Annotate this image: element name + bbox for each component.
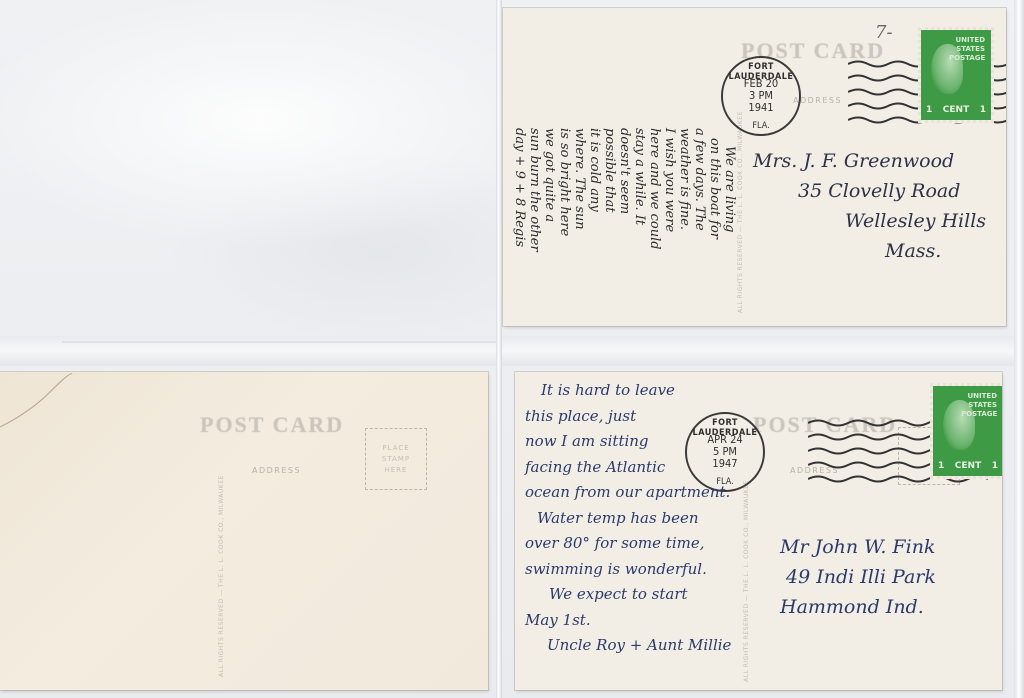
message-line: ocean from our apartment. [525,480,731,506]
message-line: We expect to start [525,582,731,608]
handwritten-message: It is hard to leave this place, just now… [525,378,731,659]
postmark-year: 1941 [723,102,799,114]
stamp-denomination: 1 CENT 1 [926,105,986,115]
message-line: sun burn the other [527,128,542,326]
message-line: day + 9 + 8 Regis [512,128,527,326]
message-line: facing the Atlantic [525,455,731,481]
message-line: it is cold any [587,128,602,326]
message-line: possible that [602,128,617,326]
postcard-1947: POST CARD ADDRESS ALL RIGHTS RESERVED — … [515,372,1002,690]
address-line: Hammond Ind. [780,592,936,622]
message-line: a few days. The [692,128,707,326]
publisher-credit: ALL RIGHTS RESERVED — THE L. L. COOK CO.… [737,103,744,313]
stamp-denomination: 1 CENT 1 [938,461,998,471]
recipient-address: Mrs. J. F. Greenwood 35 Clovelly Road We… [753,146,986,266]
message-line: on this boat for [707,128,722,326]
recipient-address: Mr John W. Fink 49 Indi Illi Park Hammon… [780,532,936,622]
message-line: over 80° for some time, [525,531,731,557]
address-line: Wellesley Hills [753,206,986,236]
stamp-country: UNITED STATES POSTAGE [949,36,985,63]
message-line: here and we could [647,128,662,326]
publisher-credit: ALL RIGHTS RESERVED — THE L. L. COOK CO.… [218,477,225,677]
address-line: 35 Clovelly Road [753,176,986,206]
message-line: swimming is wonderful. [525,557,731,583]
one-cent-stamp: UNITED STATES POSTAGE 1 CENT 1 [921,30,991,120]
message-line: Uncle Roy + Aunt Millie [525,633,731,659]
message-line: stay a while. It [632,128,647,326]
sleeve-vertical-seam [496,0,502,698]
stamp-country: UNITED STATES POSTAGE [961,392,997,419]
address-line: Mrs. J. F. Greenwood [753,146,986,176]
message-line: It is hard to leave [525,378,731,404]
message-line: Water temp has been [525,506,731,532]
place-stamp-here-box: PLACE STAMP HERE [365,428,427,490]
torn-corner-crease [0,372,80,432]
message-line: I wish you were [662,128,677,326]
one-cent-stamp: UNITED STATES POSTAGE 1 CENT 1 [933,386,1002,476]
publisher-credit: ALL RIGHTS RESERVED — THE L. L. COOK CO.… [743,482,750,682]
message-line: We are living [722,128,737,326]
message-line: doesn't seem [617,128,632,326]
printed-post-card-title: POST CARD [200,412,344,438]
printed-address-label: ADDRESS [252,466,301,475]
message-line: now I am sitting [525,429,731,455]
address-line: 49 Indi Illi Park [780,562,936,592]
pencil-mark: 7- [875,22,893,43]
address-line: Mr John W. Fink [780,532,936,562]
message-line: weather is fine. [677,128,692,326]
sleeve-right-edge [1014,0,1024,698]
postmark-circle: FORT LAUDERDALE FEB 20 3 PM 1941 FLA. [721,56,801,136]
message-line: this place, just [525,404,731,430]
message-line: May 1st. [525,608,731,634]
message-line: is so bright here [557,128,572,326]
message-line: we got quite a [542,128,557,326]
postcard-blank: POST CARD ADDRESS ALL RIGHTS RESERVED — … [0,372,488,690]
message-line: where. The sun [572,128,587,326]
handwritten-vertical-message: We are living on this boat for a few day… [512,128,737,326]
sleeve-pocket-edge [62,341,500,343]
address-line: Mass. [753,236,986,266]
